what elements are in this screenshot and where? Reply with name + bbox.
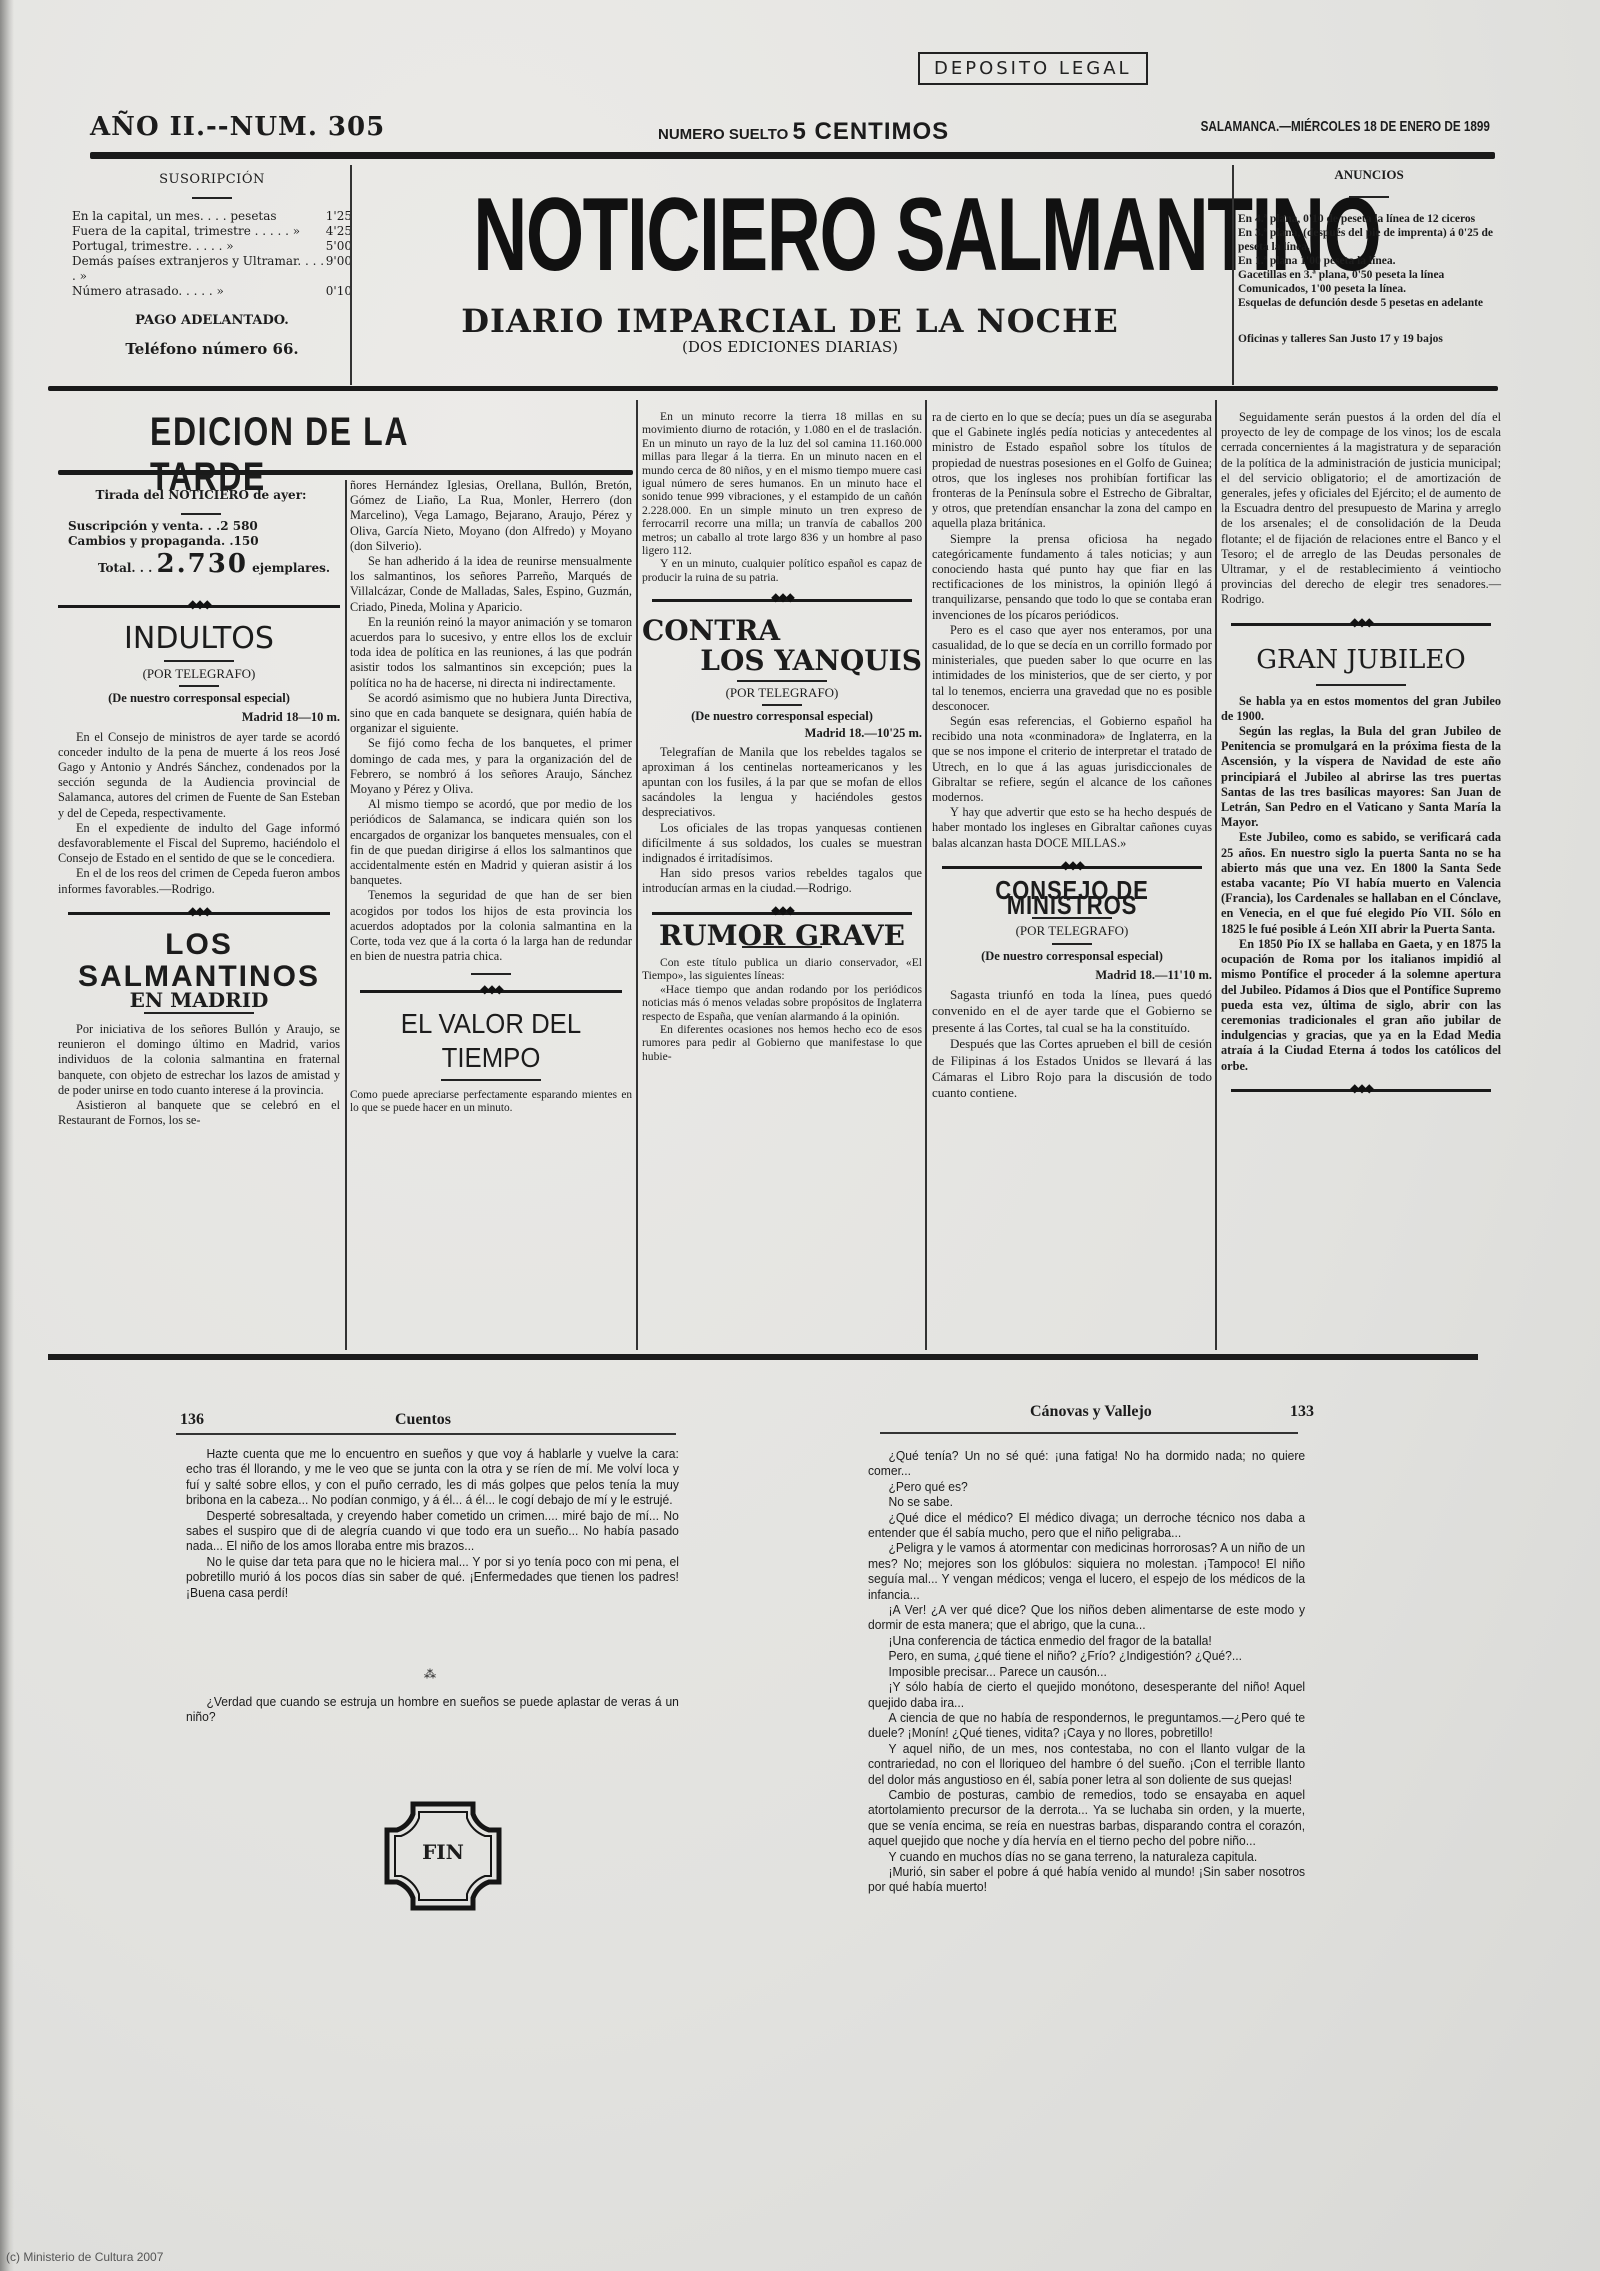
jubileo-title: GRAN JUBILEO — [1221, 640, 1501, 680]
column-4: ra de cierto en lo que se decía; pues un… — [932, 410, 1212, 1102]
ad-rate-line: Comunicados, 1'00 peseta la línea. — [1238, 282, 1500, 296]
story-paragraph: Imposible precisar... Parece un causón..… — [868, 1664, 1305, 1679]
ads-heading: ANUNCIOS — [1238, 168, 1500, 182]
article-paragraph: Han sido presos varios rebeldes tagalos … — [642, 866, 922, 896]
story-paragraph: Hazte cuenta que me lo encuentro en sueñ… — [186, 1446, 679, 1508]
column-5: Seguidamente serán puestos á la orden de… — [1221, 410, 1501, 1106]
dateline: Madrid 18.—11'10 m. — [932, 968, 1212, 983]
article-paragraph: En el Consejo de ministros de ayer tarde… — [58, 730, 340, 821]
article-paragraph: Se habla ya en estos momentos del gran J… — [1221, 694, 1501, 724]
dateline: Madrid 18.—10'25 m. — [642, 727, 922, 740]
dateline: SALAMANCA.—MIÉRCOLES 18 DE ENERO DE 1899 — [1201, 118, 1490, 135]
yanquis-title-1: CONTRA — [642, 616, 922, 646]
article-paragraph: Al mismo tiempo se acordó, que por medio… — [350, 797, 632, 888]
telegraph-label: (POR TELEGRAFO) — [58, 666, 340, 681]
page-bottom-rule — [48, 1354, 1478, 1360]
story-paragraph: ¡Una conferencia de táctica enmedio del … — [868, 1633, 1305, 1648]
article-paragraph: En el expediente de indulto del Gage inf… — [58, 821, 340, 867]
copyright: (c) Ministerio de Cultura 2007 — [6, 2250, 163, 2264]
ad-rate-line: Esquelas de defunción desde 5 pesetas en… — [1238, 296, 1500, 310]
column-3: En un minuto recorre la tierra 18 millas… — [642, 410, 922, 1063]
masthead-rule — [90, 152, 1495, 159]
article-paragraph: Seguidamente serán puestos á la orden de… — [1221, 410, 1501, 608]
subscription-heading: SUSORIPCIÓN — [72, 172, 352, 187]
article-paragraph: En la reunión reinó la mayor animación y… — [350, 615, 632, 691]
fin-ornament: FIN — [383, 1800, 503, 1912]
article-paragraph: Y en un minuto, cualquier político españ… — [642, 557, 922, 584]
column-2: ñores Hernández Iglesias, Orellana, Bull… — [350, 478, 632, 1115]
article-paragraph: ñores Hernández Iglesias, Orellana, Bull… — [350, 478, 632, 554]
subscription-row: Fuera de la capital, trimestre . . . . .… — [72, 224, 352, 239]
story-paragraph: Cambio de posturas, cambio de remedios, … — [868, 1787, 1305, 1849]
right-running-head: Cánovas y Vallejo — [1030, 1403, 1152, 1421]
article-paragraph: Pero es el caso que ayer nos enteramos, … — [932, 623, 1212, 714]
story-paragraph: No se sabe. — [868, 1494, 1305, 1509]
article-paragraph: Con este título publica un diario conser… — [642, 956, 922, 983]
story-paragraph: ¿Qué tenía? Un no sé qué: ¡una fatiga! N… — [868, 1448, 1305, 1479]
payment-note: PAGO ADELANTADO. — [72, 313, 352, 328]
column-divider — [345, 480, 347, 1350]
ad-rate-line: Gacetillas en 3.ª plana, 0'50 peseta la … — [1238, 268, 1500, 282]
article-paragraph: ra de cierto en lo que se decía; pues un… — [932, 410, 1212, 532]
article-paragraph: En 1850 Pío IX se hallaba en Gaeta, y en… — [1221, 937, 1501, 1074]
article-paragraph: Se fijó como fecha de los banquetes, el … — [350, 736, 632, 797]
indultos-title: INDULTOS — [58, 622, 340, 656]
subscription-row: Número atrasado. . . . . »0'10 — [72, 284, 352, 299]
column-1: INDULTOS (POR TELEGRAFO) (De nuestro cor… — [58, 600, 340, 1128]
valor-tiempo-title: EL VALOR DEL TIEMPO — [361, 1007, 620, 1075]
price-value: 5 CENTIMOS — [792, 118, 949, 145]
story-paragraph: No le quise dar teta para que no le hici… — [186, 1554, 679, 1600]
dateline: Madrid 18—10 m. — [58, 710, 340, 725]
header-rule — [48, 386, 1498, 391]
story-paragraph: ¡Murió, sin saber el pobre á qué había v… — [868, 1864, 1305, 1895]
story-paragraph: Pero, en suma, ¿qué tiene el niño? ¿Frío… — [868, 1648, 1305, 1663]
subscription-row: Demás países extranjeros y Ultramar. . .… — [72, 254, 352, 284]
article-paragraph: Según las reglas, la Bula del gran Jubil… — [1221, 724, 1501, 830]
issue-bar: AÑO II.--NUM. 305 NUMERO SUELTO 5 CENTIM… — [90, 112, 1490, 152]
story-paragraph: Y cuando en muchos días no se gana terre… — [868, 1849, 1305, 1864]
story-paragraph: Y aquel niño, de un mes, nos contestaba,… — [868, 1741, 1305, 1787]
left-running-head: Cuentos — [395, 1411, 451, 1429]
price-prefix: NUMERO SUELTO — [658, 126, 788, 143]
ad-rate-line: En 4.ª plana, 0'10 de peseta la línea de… — [1238, 212, 1500, 226]
story-paragraph: A ciencia de que no había de responderno… — [868, 1710, 1305, 1741]
story-paragraph: ¡A Ver! ¿A ver qué dice? Que los niños d… — [868, 1602, 1305, 1633]
masthead: NOTICIERO SALMANTINO DIARIO IMPARCIAL DE… — [350, 180, 1230, 356]
section-separator: ⁂ — [424, 1670, 436, 1678]
right-page-text: ¿Qué tenía? Un no sé qué: ¡una fatiga! N… — [868, 1448, 1305, 1895]
circulation-total: Total. . . 2.730 ejemplares. — [58, 557, 344, 576]
rumor-title: RUMOR GRAVE — [642, 929, 922, 942]
article-paragraph: «Hace tiempo que andan rodando por los p… — [642, 983, 922, 1023]
offices: Oficinas y talleres San Justo 17 y 19 ba… — [1238, 332, 1500, 346]
valor-tiempo-intro: Como puede apreciarse perfectamente espa… — [350, 1089, 632, 1115]
running-head-rule — [176, 1433, 676, 1435]
article-paragraph: Siempre la prensa oficiosa ha negado cat… — [932, 532, 1212, 623]
deposito-legal-stamp: DEPOSITO LEGAL — [918, 52, 1148, 85]
yanquis-title-2: LOS YANQUIS — [642, 646, 922, 676]
correspondent-label: (De nuestro corresponsal especial) — [58, 691, 340, 706]
telegraph-label: (POR TELEGRAFO) — [642, 686, 922, 699]
article-paragraph: Asistieron al banquete que se celebró en… — [58, 1098, 340, 1128]
circulation-row: Cambios y propaganda. .150 — [58, 534, 344, 549]
correspondent-label: (De nuestro corresponsal especial) — [932, 949, 1212, 964]
article-paragraph: Se acordó asimismo que no hubiera Junta … — [350, 691, 632, 737]
fin-label: FIN — [383, 1840, 503, 1864]
article-paragraph: Los oficiales de las tropas yanquesas co… — [642, 821, 922, 867]
newspaper-title: NOTICIERO SALMANTINO — [473, 180, 1107, 290]
article-paragraph: Tenemos la seguridad de que han de ser b… — [350, 888, 632, 964]
column-divider — [636, 400, 638, 1350]
running-head-rule — [880, 1432, 1298, 1434]
ad-rate-line: En 3.ª plana, (después del pie de impren… — [1238, 226, 1500, 254]
article-paragraph: En el de los reos del crimen de Cepeda f… — [58, 866, 340, 896]
subscription-row: Portugal, trimestre. . . . . »5'00 — [72, 239, 352, 254]
circulation-row: Suscripción y venta. . .2 580 — [58, 519, 344, 534]
article-paragraph: Después que las Cortes aprueben el bill … — [932, 1036, 1212, 1102]
scan-edge-shadow — [0, 0, 14, 2271]
left-page-closing: ¿Verdad que cuando se estruja un hombre … — [186, 1694, 679, 1725]
left-page-number: 136 — [180, 1411, 204, 1429]
article-paragraph: Por iniciativa de los señores Bullón y A… — [58, 1022, 340, 1098]
telegraph-label: (POR TELEGRAFO) — [932, 923, 1212, 938]
article-paragraph: Este Jubileo, como es sabido, se verific… — [1221, 830, 1501, 936]
circulation-heading: Tirada del NOTICIERO de ayer: — [58, 488, 344, 503]
correspondent-label: (De nuestro corresponsal especial) — [642, 710, 922, 723]
salmantinos-subtitle: EN MADRID — [58, 993, 340, 1008]
story-paragraph: Desperté sobresaltada, y creyendo haber … — [186, 1508, 679, 1554]
consejo-title: CONSEJO DE MINISTROS — [953, 883, 1191, 913]
article-paragraph: Según esas referencias, el Gobierno espa… — [932, 714, 1212, 805]
left-page-text: Hazte cuenta que me lo encuentro en sueñ… — [186, 1446, 679, 1600]
column-divider — [925, 400, 927, 1350]
article-paragraph: Telegrafían de Manila que los rebeldes t… — [642, 745, 922, 821]
story-paragraph: ¿Pero qué es? — [868, 1479, 1305, 1494]
price: NUMERO SUELTO 5 CENTIMOS — [658, 118, 949, 146]
story-paragraph: ¿Peligra y le vamos á atormentar con med… — [868, 1540, 1305, 1602]
article-paragraph: En diferentes ocasiones nos hemos hecho … — [642, 1023, 922, 1063]
ads-box: ANUNCIOS En 4.ª plana, 0'10 de peseta la… — [1238, 168, 1500, 346]
newspaper-subtitle: DIARIO IMPARCIAL DE LA NOCHE — [350, 302, 1230, 340]
salmantinos-body: Por iniciativa de los señores Bullón y A… — [58, 1022, 340, 1128]
right-page-number: 133 — [1290, 1403, 1314, 1421]
circulation-box: Tirada del NOTICIERO de ayer: Suscripció… — [58, 488, 344, 576]
article-paragraph: En un minuto recorre la tierra 18 millas… — [642, 410, 922, 557]
newspaper-editions: (DOS EDICIONES DIARIAS) — [350, 338, 1230, 356]
subscription-row: En la capital, un mes. . . . pesetas1'25 — [72, 209, 352, 224]
article-paragraph: Se han adherido á la idea de reunirse me… — [350, 554, 632, 615]
column-divider — [1215, 400, 1217, 1350]
salmantinos-title: LOS SALMANTINOS — [58, 929, 340, 993]
issue-number: AÑO II.--NUM. 305 — [90, 112, 385, 142]
article-paragraph: Y hay que advertir que esto se ha hecho … — [932, 805, 1212, 851]
divider — [1232, 165, 1234, 385]
subscription-box: SUSORIPCIÓN En la capital, un mes. . . .… — [72, 172, 352, 357]
indultos-body: En el Consejo de ministros de ayer tarde… — [58, 730, 340, 897]
edition-rule — [58, 470, 633, 475]
article-paragraph: Sagasta triunfó en toda la línea, pues q… — [932, 987, 1212, 1036]
story-paragraph: ¿Qué dice el médico? El médico divaga; u… — [868, 1510, 1305, 1541]
ad-rate-line: En 1.ª plana 1'00 peseta la línea. — [1238, 254, 1500, 268]
story-paragraph: ¡Y sólo había de cierto el quejido monót… — [868, 1679, 1305, 1710]
telephone: Teléfono número 66. — [72, 342, 352, 357]
